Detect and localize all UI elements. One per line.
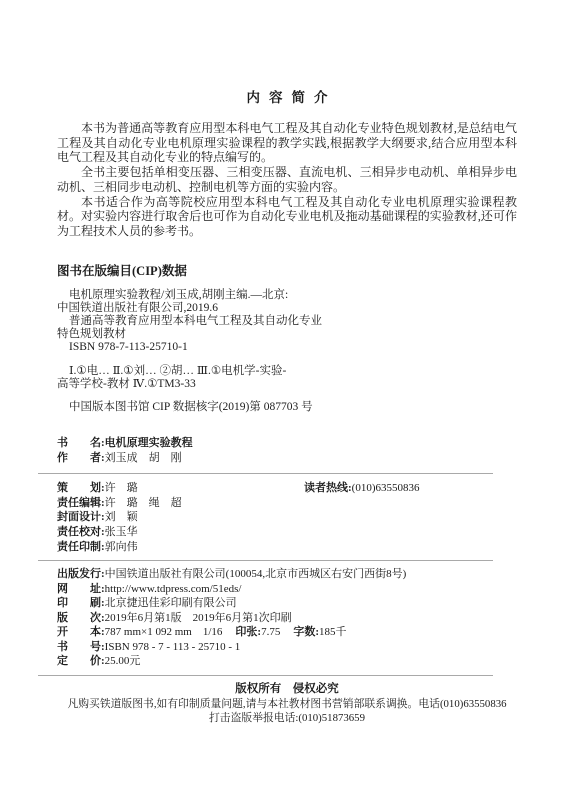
divider: [38, 675, 493, 676]
cip-line: 特色规划教材: [57, 328, 517, 341]
website-url: http://www.tdpress.com/51eds/: [105, 583, 242, 595]
cip-line: 中国铁道出版社有限公司,2019.6: [57, 302, 517, 315]
cip-line: 电机原理实验教程/刘玉成,胡刚主编.—北京:: [57, 289, 517, 302]
intro-paragraph-1: 本书为普通高等教育应用型本科电气工程及其自动化专业特色规划教材,是总结电气工程及…: [57, 121, 517, 165]
anti-piracy-hotline: 打击盗版举报电话:(010)51873659: [57, 711, 517, 725]
book-info: 书 名:电机原理实验教程 作 者:刘玉成 胡 刚: [57, 436, 517, 466]
copyright-page: 内容简介 本书为普通高等教育应用型本科电气工程及其自动化专业特色规划教材,是总结…: [0, 0, 566, 799]
printer-value: 北京捷迅佳彩印刷有限公司: [105, 597, 237, 609]
sheets-label: 印张:: [235, 626, 261, 638]
reader-hotline: 读者热线:(010)63550836: [304, 481, 420, 496]
planner-label: 策 划:: [57, 482, 105, 494]
intro-paragraph-2: 全书主要包括单相变压器、三相变压器、直流电机、三相异步电动机、单相异步电动机、三…: [57, 165, 517, 194]
copyright-notice: 版权所有 侵权必究: [57, 681, 517, 697]
editor-label: 责任编辑:: [57, 497, 105, 509]
print-supervisor-row: 责任印制:郭向伟: [57, 540, 517, 555]
sheets-value: 7.75: [261, 626, 280, 638]
cip-classification-line: Ⅰ.①电… Ⅱ.①刘… ②胡… Ⅲ.①电机学-实验-: [57, 365, 517, 378]
copyright-footer: 版权所有 侵权必究 凡购买铁道版图书,如有印制质量问题,请与本社教材图书营销部联…: [57, 681, 517, 725]
planner-value: 许 璐: [105, 482, 138, 494]
book-author-row: 作 者:刘玉成 胡 刚: [57, 451, 517, 466]
content-summary-title: 内容简介: [57, 86, 517, 106]
cip-heading: 图书在版编目(CIP)数据: [57, 261, 517, 279]
divider: [38, 560, 493, 561]
book-title-row: 书 名:电机原理实验教程: [57, 436, 517, 451]
price-value: 25.00元: [105, 655, 141, 667]
print-supervisor-value: 郭向伟: [105, 541, 138, 553]
page-content: 内容简介 本书为普通高等教育应用型本科电气工程及其自动化专业特色规划教材,是总结…: [0, 0, 566, 725]
isbn-value: ISBN 978 - 7 - 113 - 25710 - 1: [105, 641, 241, 653]
book-author-label: 作 者:: [57, 452, 105, 464]
format-value: 787 mm×1 092 mm 1/16: [105, 626, 223, 638]
proofreader-value: 张玉华: [105, 526, 138, 538]
publisher-row: 出版发行:中国铁道出版社有限公司(100054,北京市西城区右安门西街8号): [57, 567, 517, 582]
edition-row: 版 次:2019年6月第1版 2019年6月第1次印刷: [57, 611, 517, 626]
cip-record-number-line: 中国版本图书馆 CIP 数据核字(2019)第 087703 号: [57, 401, 517, 414]
publishing-info: 出版发行:中国铁道出版社有限公司(100054,北京市西城区右安门西街8号) 网…: [57, 567, 517, 669]
print-supervisor-label: 责任印制:: [57, 541, 105, 553]
planner-row: 策 划:许 璐 读者热线:(010)63550836: [57, 481, 517, 496]
printer-label: 印 刷:: [57, 597, 105, 609]
content-summary: 本书为普通高等教育应用型本科电气工程及其自动化专业特色规划教材,是总结电气工程及…: [57, 121, 517, 239]
word-count-value: 185千: [319, 626, 347, 638]
cip-isbn-line: ISBN 978-7-113-25710-1: [57, 341, 517, 354]
cover-designer-value: 刘 颖: [105, 511, 138, 523]
hotline-label: 读者热线:: [304, 482, 352, 494]
cip-classification-line: 高等学校-教材 Ⅳ.①TM3-33: [57, 378, 517, 391]
quality-exchange-notice: 凡购买铁道版图书,如有印制质量问题,请与本社教材图书营销部联系调换。电话(010…: [57, 697, 517, 711]
website-row: 网 址:http://www.tdpress.com/51eds/: [57, 582, 517, 597]
price-label: 定 价:: [57, 655, 105, 667]
cip-line: 普通高等教育应用型本科电气工程及其自动化专业: [57, 315, 517, 328]
editor-value: 许 璐 绳 超: [105, 497, 182, 509]
price-row: 定 价:25.00元: [57, 654, 517, 669]
edition-label: 版 次:: [57, 612, 105, 624]
book-author-value: 刘玉成 胡 刚: [105, 452, 182, 464]
isbn-label: 书 号:: [57, 641, 105, 653]
printer-row: 印 刷:北京捷迅佳彩印刷有限公司: [57, 596, 517, 611]
proofreader-row: 责任校对:张玉华: [57, 525, 517, 540]
staff-info: 策 划:许 璐 读者热线:(010)63550836 责任编辑:许 璐 绳 超 …: [57, 481, 517, 554]
editor-row: 责任编辑:许 璐 绳 超: [57, 496, 517, 511]
hotline-value: (010)63550836: [352, 482, 420, 494]
divider: [38, 473, 493, 474]
word-count-label: 字数:: [293, 626, 319, 638]
format-row: 开 本:787 mm×1 092 mm 1/16印张:7.75字数:185千: [57, 625, 517, 640]
cover-designer-label: 封面设计:: [57, 511, 105, 523]
website-label: 网 址:: [57, 583, 105, 595]
book-title-label: 书 名:: [57, 437, 105, 449]
intro-paragraph-3: 本书适合作为高等院校应用型本科电气工程及其自动化专业电机原理实验课程教材。对实验…: [57, 195, 517, 239]
publisher-value: 中国铁道出版社有限公司(100054,北京市西城区右安门西街8号): [105, 568, 407, 580]
edition-value: 2019年6月第1版 2019年6月第1次印刷: [105, 612, 292, 624]
book-title-value: 电机原理实验教程: [105, 437, 193, 449]
publisher-label: 出版发行:: [57, 568, 105, 580]
proofreader-label: 责任校对:: [57, 526, 105, 538]
format-label: 开 本:: [57, 626, 105, 638]
cip-data-block: 电机原理实验教程/刘玉成,胡刚主编.—北京: 中国铁道出版社有限公司,2019.…: [57, 289, 517, 415]
isbn-row: 书 号:ISBN 978 - 7 - 113 - 25710 - 1: [57, 640, 517, 655]
cover-designer-row: 封面设计:刘 颖: [57, 510, 517, 525]
